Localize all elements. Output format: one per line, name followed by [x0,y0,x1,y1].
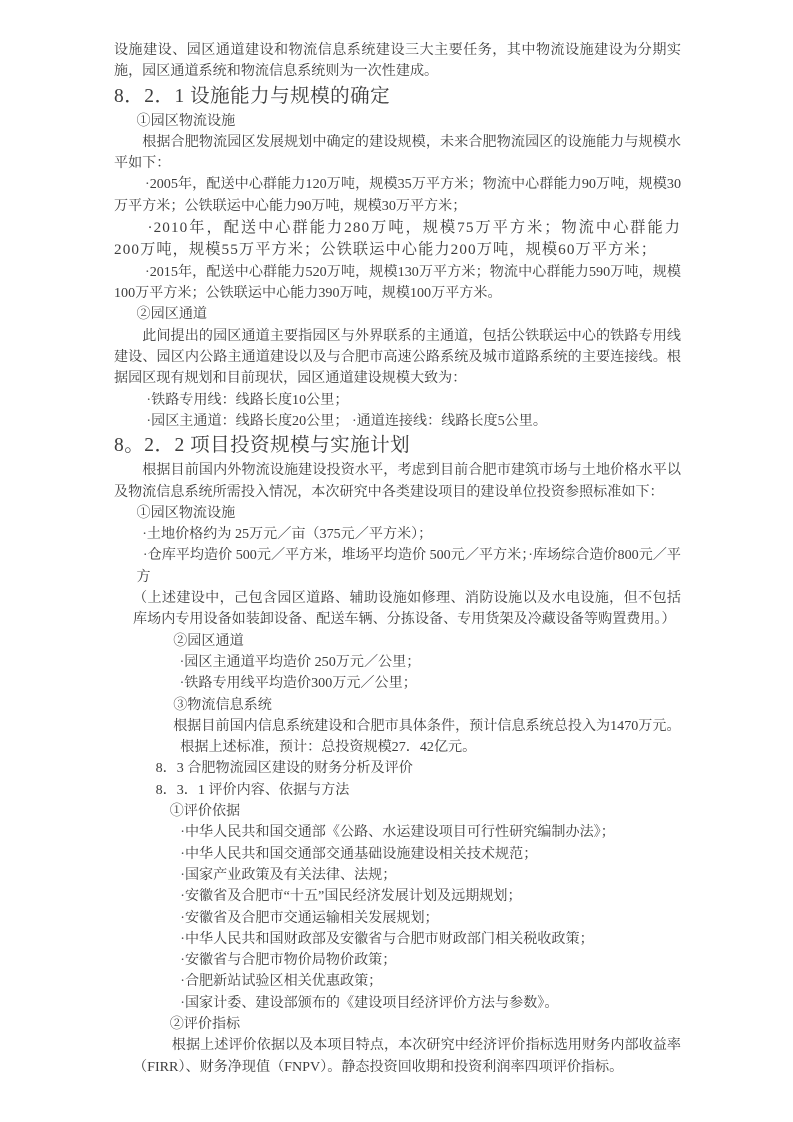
bullet-railway-line: ·铁路专用线：线路长度10公里； [114,390,681,411]
para-corridor-intro: 此间提出的园区通道主要指园区与外界联系的主通道，包括公铁联运中心的铁路专用线建设… [114,326,681,390]
para-continued-intro: 设施建设、园区通道建设和物流信息系统建设三大主要任务，其中物流设施建设为分期实施… [114,40,681,83]
bullet-2010: ·2010年，配送中心群能力280万吨，规模75万平方米；物流中心群能力200万… [114,217,681,262]
para-investment-intro: 根据目前国内外物流设施建设投资水平，考虑到目前合肥市建筑市场与土地价格水平以及物… [114,460,681,503]
bullet-warehouse-cost: ·仓库平均造价 500元／平方米，堆场平均造价 500元／平方米；·库场综合造价… [114,545,681,588]
item-2-evaluation-indicators: ②评价指标 [114,1014,681,1035]
para-plan-scale-intro: 根据合肥物流园区发展规划中确定的建设规模，未来合肥物流园区的设施能力与规模水平如… [114,132,681,175]
note-cost-scope: （上述建设中，己包含园区道路、辅助设施如修理、消防设施以及水电设施，但不包括库场… [114,588,681,631]
bullet-basis-8: ·合肥新站试验区相关优惠政策； [114,971,681,992]
para-indicators: 根据上述评价依据以及本项目特点，本次研究中经济评价指标选用财务内部收益率（FIR… [114,1035,681,1078]
heading-8-3: 8．3 合肥物流园区建设的财务分析及评价 [114,758,681,779]
bullet-land-price: ·土地价格约为 25万元／亩（375元／平方米）； [114,524,681,545]
bullet-basis-3: ·国家产业政策及有关法律、法规； [114,865,681,886]
bullet-2005: ·2005年，配送中心群能力120万吨，规模35万平方米；物流中心群能力90万吨… [114,174,681,217]
item-2-corridor-cost: ②园区通道 [114,631,681,652]
para-total-investment: 根据上述标准，预计：总投资规模27．42亿元。 [114,737,681,758]
item-2-park-corridor: ②园区通道 [114,304,681,325]
heading-8-2-1: 8．2．1 设施能力与规模的确定 [114,83,681,111]
item-1-facilities-cost: ①园区物流设施 [114,503,681,524]
document-page: 设施建设、园区通道建设和物流信息系统建设三大主要任务，其中物流设施建设为分期实施… [0,0,793,1122]
bullet-basis-6: ·中华人民共和国财政部及安徽省与合肥市财政部门相关税收政策； [114,929,681,950]
bullet-basis-2: ·中华人民共和国交通部交通基础设施建设相关技术规范； [114,844,681,865]
bullet-basis-1: ·中华人民共和国交通部《公路、水运建设项目可行性研究编制办法》； [114,822,681,843]
item-1-evaluation-basis: ①评价依据 [114,801,681,822]
item-1-park-logistics-facilities: ①园区物流设施 [114,111,681,132]
bullet-2015: ·2015年，配送中心群能力520万吨，规模130万平方米；物流中心群能力590… [114,262,681,305]
bullet-railway-cost: ·铁路专用线平均造价300万元／公里； [114,673,681,694]
bullet-basis-9: ·国家计委、建设部颁布的《建设项目经济评价方法与参数》。 [114,993,681,1014]
item-3-info-system: ③物流信息系统 [114,695,681,716]
heading-8-2-2: 8。2．2 项目投资规模与实施计划 [114,432,681,460]
document-content: 设施建设、园区通道建设和物流信息系统建设三大主要任务，其中物流设施建设为分期实施… [114,40,681,1078]
heading-8-3-1: 8．3．1 评价内容、依据与方法 [114,780,681,801]
bullet-basis-7: ·安徽省与合肥市物价局物价政策； [114,950,681,971]
bullet-basis-4: ·安徽省及合肥市“十五”国民经济发展计划及远期规划； [114,886,681,907]
bullet-main-corridor-connector: ·园区主通道：线路长度20公里； ·通道连接线：线路长度5公里。 [114,411,681,432]
bullet-basis-5: ·安徽省及合肥市交通运输相关发展规划； [114,908,681,929]
para-info-system-cost: 根据目前国内信息系统建设和合肥市具体条件，预计信息系统总投入为1470万元。 [114,716,681,737]
bullet-main-corridor-cost: ·园区主通道平均造价 250万元／公里； [114,652,681,673]
